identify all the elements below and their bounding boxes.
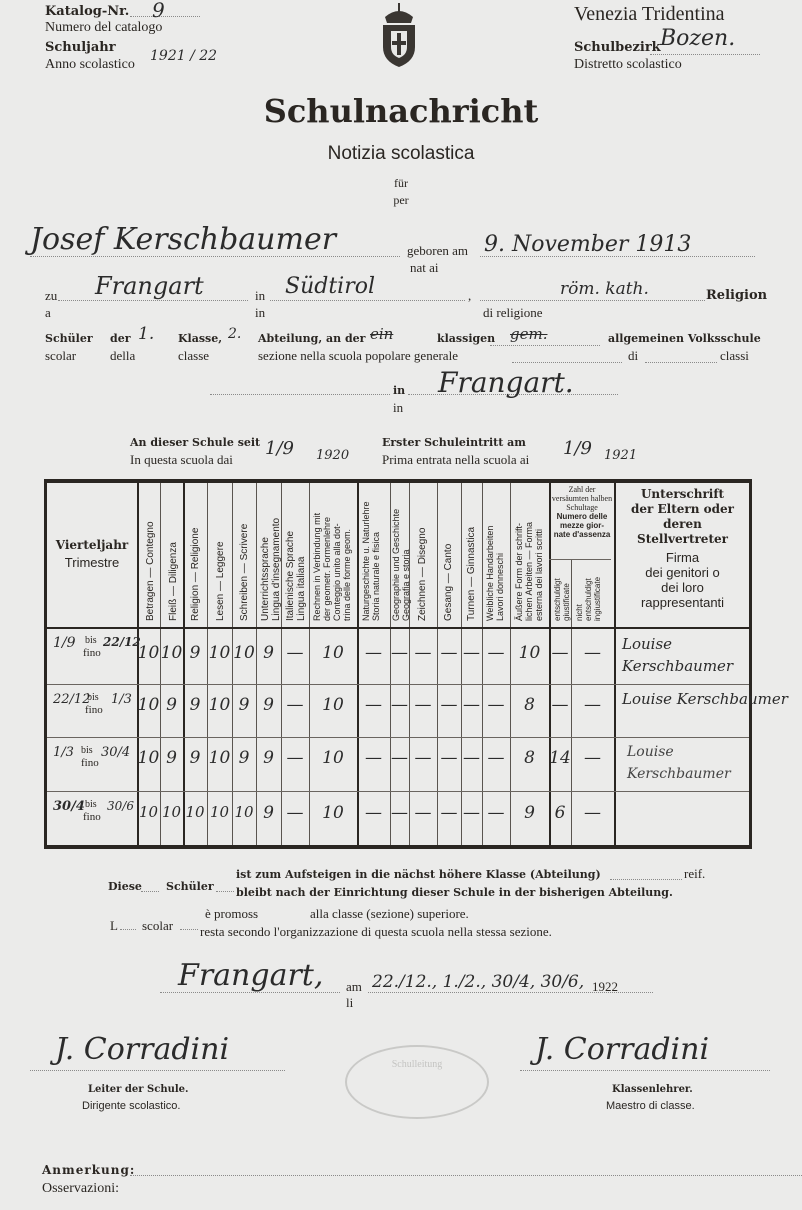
region-title: Venezia Tridentina xyxy=(574,3,725,26)
promotion-line1-it: alla classe (sezione) superiore. xyxy=(310,906,469,922)
term-to: 22/12 xyxy=(103,635,141,649)
remarks-field[interactable] xyxy=(130,1175,802,1176)
grade-cell: — xyxy=(437,643,461,663)
grade-cell: 10 xyxy=(137,803,160,821)
page-title-de: Schulnachricht xyxy=(0,92,802,130)
catalog-value: 9 xyxy=(152,0,165,22)
col-header-conduct: Betragen — Contegno xyxy=(145,521,156,621)
absence-unexcused-cell: — xyxy=(571,748,614,768)
grade-cell: 10 xyxy=(137,695,160,715)
head-signature-line xyxy=(30,1070,285,1071)
first-value: 1/9 xyxy=(563,438,592,459)
grade-cell: 10 xyxy=(160,643,183,663)
promotion-l: L xyxy=(110,918,118,934)
comma: , xyxy=(468,288,471,304)
school-stamp: Schulleitung xyxy=(345,1045,489,1119)
grade-cell: — xyxy=(482,643,510,663)
promotion-field-5 xyxy=(180,929,198,930)
grade-cell: 10 xyxy=(183,803,207,821)
grade-cell: 9 xyxy=(510,803,549,823)
der-de: der xyxy=(110,332,131,345)
grade-cell: — xyxy=(437,803,461,823)
col-header-natural-history: Naturgeschichte u. NaturlehreStoria natu… xyxy=(361,486,381,621)
term-header-de: Vierteljahr xyxy=(47,538,137,552)
grade-cell: 9 xyxy=(183,748,207,768)
grade-cell: — xyxy=(390,748,409,768)
born-label-it: nat ai xyxy=(410,260,439,276)
at-label-de: zu xyxy=(45,288,57,304)
pupil-de: Schüler xyxy=(45,332,93,345)
term-to: 30/4 xyxy=(101,745,130,760)
promotion-field-2 xyxy=(216,891,234,892)
grade-cell: 10 xyxy=(309,695,357,715)
signature-header-de-2: der Eltern oder xyxy=(616,502,749,517)
col-header-excused: entschuldigtgiustificate xyxy=(553,561,571,621)
location-in-de: in xyxy=(393,384,405,397)
grade-cell: 9 xyxy=(256,643,281,663)
place-value: Frangart, xyxy=(178,958,323,993)
am-label: am xyxy=(346,979,362,995)
for-de: für xyxy=(0,176,802,191)
signature-header: Unterschrift der Eltern oder deren Stell… xyxy=(616,487,749,610)
absence-unexcused-cell: — xyxy=(571,643,614,663)
grade-cell: — xyxy=(409,748,437,768)
grade-cell: — xyxy=(357,695,390,715)
remarks-label-it: Osservazioni: xyxy=(42,1181,119,1197)
student-name: Josef Kerschbaumer xyxy=(30,222,336,257)
row-divider xyxy=(549,559,611,560)
pupil-it: scolar xyxy=(45,348,76,364)
grade-cell: 10 xyxy=(207,643,232,663)
col-header-needlework: Weibliche HandarbeitenLavori donneschi xyxy=(485,486,505,621)
absence-header-it: Numero delle mezze gior- nate d'assenza xyxy=(551,512,613,539)
grade-cell: — xyxy=(281,643,309,663)
grade-cell: 10 xyxy=(309,803,357,823)
grade-cell: 10 xyxy=(232,643,256,663)
grade-cell: 8 xyxy=(510,748,549,768)
absence-header-de: Zahl der versäumten halben Schultage xyxy=(551,485,613,512)
grade-cell: 9 xyxy=(160,695,183,715)
grade-cell: 9 xyxy=(232,748,256,768)
signature-header-it-4: rappresentanti xyxy=(616,595,749,610)
di-it: di xyxy=(628,348,638,364)
birthplace-field xyxy=(58,300,248,301)
di-field-left xyxy=(512,362,622,363)
term-to: 30/6 xyxy=(107,799,134,813)
row-divider xyxy=(47,791,749,792)
grade-cell: 10 xyxy=(160,803,183,821)
col-header-religion: Religion — Religione xyxy=(190,528,201,621)
grade-cell: 9 xyxy=(183,643,207,663)
term-from: 30/4 xyxy=(53,799,85,814)
col-header-writing: Schreiben — Scrivere xyxy=(239,524,250,621)
school-de: allgemeinen Volksschule xyxy=(608,332,761,345)
grade-cell: — xyxy=(409,643,437,663)
year-label-de: Schuljahr xyxy=(45,40,116,55)
grade-cell: 10 xyxy=(309,748,357,768)
grade-cell: — xyxy=(409,695,437,715)
col-header-drawing: Zeichnen — Disegno xyxy=(417,528,428,621)
grade-cell: 9 xyxy=(160,748,183,768)
col-header-diligence: Fleiß — Diligenza xyxy=(168,542,179,621)
grade-cell: — xyxy=(357,748,390,768)
teacher-signature: J. Corradini xyxy=(535,1032,709,1067)
fino-label: fino xyxy=(83,811,101,823)
since-it: In questa scuola dai xyxy=(130,452,233,468)
grade-cell: 10 xyxy=(207,803,232,821)
catalog-label-it: Numero del catalogo xyxy=(45,20,162,36)
grade-cell: 8 xyxy=(510,695,549,715)
grade-cell: 9 xyxy=(256,748,281,768)
signature-header-it-2: dei genitori o xyxy=(616,565,749,580)
grades-de: klassigen xyxy=(437,332,495,345)
col-header-italian: Italienische SpracheLingua italiana xyxy=(285,491,307,621)
remarks-label-de: Anmerkung: xyxy=(42,1163,135,1177)
grade-cell: — xyxy=(281,695,309,715)
promotion-line2-de: bleibt nach der Einrichtung dieser Schul… xyxy=(236,886,673,899)
year-label-it: Anno scolastico xyxy=(45,57,135,73)
row-divider xyxy=(47,737,749,738)
col-header-unexcused: nichtentschuldigtingiustificate xyxy=(575,561,602,621)
section-it: sezione nella scuola popolare generale xyxy=(258,348,458,364)
head-title-de: Leiter der Schule. xyxy=(88,1084,189,1095)
signature-header-de-3: deren xyxy=(616,517,749,532)
table-row-term-3: 1/3 bis fino 30/4 xyxy=(47,739,137,791)
absence-excused-cell: — xyxy=(549,643,571,663)
in-label-it: in xyxy=(255,305,265,321)
grade-cell: 10 xyxy=(510,643,549,663)
teacher-title-it: Maestro di classe. xyxy=(606,1100,695,1112)
col-header-geography: Geographie und GeschichteGeografia e sto… xyxy=(391,486,411,621)
first-it: Prima entrata nella scuola ai xyxy=(382,452,529,468)
first-de: Erster Schuleintritt am xyxy=(382,436,526,449)
catalog-label-de: Katalog-Nr. xyxy=(45,4,129,19)
district-field xyxy=(650,54,760,55)
col-header-language: UnterrichtsspracheLingua d'insegnamento xyxy=(260,491,282,621)
della-it: della xyxy=(110,348,135,364)
term-to: 1/3 xyxy=(111,692,132,707)
grade-cell: — xyxy=(482,695,510,715)
grade-cell: — xyxy=(281,803,309,823)
grade-cell: 9 xyxy=(183,695,207,715)
li-label: li xyxy=(346,995,353,1011)
grade-cell: — xyxy=(461,695,482,715)
grade-cell: — xyxy=(482,748,510,768)
term-header-it: Trimestre xyxy=(47,555,137,570)
district-label-de: Schulbezirk xyxy=(574,40,661,55)
table-row-term-4: 30/4 bis fino 30/6 xyxy=(47,793,137,846)
religion-field xyxy=(480,300,705,301)
grade-cell: — xyxy=(390,695,409,715)
type-field xyxy=(490,345,600,346)
absence-unexcused-cell: — xyxy=(571,803,614,823)
absence-header: Zahl der versäumten halben Schultage Num… xyxy=(551,485,613,539)
first-year: 1921 xyxy=(604,448,637,463)
at-label-it: a xyxy=(45,305,51,321)
header-divider xyxy=(47,627,749,629)
grade-cell: — xyxy=(281,748,309,768)
since-year: 1920 xyxy=(316,448,349,463)
class-value: 1. xyxy=(138,324,154,344)
for-it: per xyxy=(0,193,802,208)
signature-header-de-1: Unterschrift xyxy=(616,487,749,502)
grade-cell: — xyxy=(390,643,409,663)
location-field-left xyxy=(210,394,390,395)
stamp-text: Schulleitung xyxy=(347,1059,487,1070)
absence-excused-cell: 6 xyxy=(549,803,571,823)
grade-cell: 10 xyxy=(137,643,160,663)
promotion-field-4 xyxy=(120,929,136,930)
type-value: gem. xyxy=(510,325,547,343)
fino-label: fino xyxy=(83,647,101,659)
grade-cell: 10 xyxy=(232,803,256,821)
grade-cell: 10 xyxy=(137,748,160,768)
grade-cell: — xyxy=(437,748,461,768)
fino-label: fino xyxy=(85,704,103,716)
promotion-line2-it: resta secondo l'organizzazione di questa… xyxy=(200,924,552,940)
parent-signature: Louise Kerschbaumer xyxy=(622,633,772,677)
region-field xyxy=(270,300,465,301)
term-from: 1/9 xyxy=(53,635,76,651)
grade-cell: 9 xyxy=(256,803,281,823)
religion-label-it: di religione xyxy=(483,305,543,321)
promotion-reif: reif. xyxy=(684,866,705,882)
col-header-reading: Lesen — Leggere xyxy=(215,541,226,621)
grade-cell: — xyxy=(409,803,437,823)
promotion-diese: Diese xyxy=(108,880,142,893)
col-header-singing: Gesang — Canto xyxy=(443,544,454,621)
absence-excused-cell: — xyxy=(549,695,571,715)
date-year: 1922 xyxy=(592,979,618,995)
birthplace: Frangart xyxy=(95,272,204,300)
parent-signature: Louise Kerschbaumer xyxy=(622,687,792,711)
signature-header-de-4: Stellvertreter xyxy=(616,532,749,547)
fino-label: fino xyxy=(81,757,99,769)
date-value: 22./12., 1./2., 30/4, 30/6, xyxy=(372,972,584,992)
since-de: An dieser Schule seit xyxy=(130,436,260,449)
grade-cell: 9 xyxy=(256,695,281,715)
religion-label-de: Religion xyxy=(706,288,767,303)
teacher-signature-line xyxy=(520,1070,770,1071)
col-header-gymnastics: Turnen — Ginnastica xyxy=(466,527,477,621)
grade-cell: 10 xyxy=(207,695,232,715)
class-it: classe xyxy=(178,348,209,364)
section-value: 2. xyxy=(228,326,241,342)
grade-cell: — xyxy=(357,803,390,823)
bis-label: bis xyxy=(81,745,93,756)
class-de: Klasse, xyxy=(178,332,222,345)
absence-unexcused-cell: — xyxy=(571,695,614,715)
di-field-right xyxy=(645,362,717,363)
teacher-title-de: Klassenlehrer. xyxy=(612,1084,693,1095)
district-label-it: Distretto scolastico xyxy=(574,57,682,73)
district-value: Bozen. xyxy=(660,26,735,51)
col-header-arithmetic: Rechnen in Verbindung mitder geometr. Fo… xyxy=(312,486,352,621)
catalog-field xyxy=(130,16,200,17)
grade-cell: — xyxy=(390,803,409,823)
grade-cell: — xyxy=(357,643,390,663)
bis-label: bis xyxy=(85,635,97,646)
grade-cell: — xyxy=(461,748,482,768)
page-title-it: Notizia scolastica xyxy=(0,143,802,165)
year-value: 1921 / 22 xyxy=(150,48,217,64)
section-de: Abteilung, an der xyxy=(258,332,365,345)
grade-cell: — xyxy=(482,803,510,823)
table-row-term-2: 22/12 bis fino 1/3 xyxy=(47,686,137,737)
col-header-written-form: Äußere Form der schrift-lichen Arbeiten … xyxy=(514,486,544,621)
location-in-it: in xyxy=(393,400,403,416)
promotion-field-3 xyxy=(610,879,682,880)
student-region: Südtirol xyxy=(285,274,375,299)
royal-crest-icon xyxy=(375,3,423,69)
absence-excused-cell: 14 xyxy=(549,748,571,768)
religion-value: röm. kath. xyxy=(560,279,649,299)
promotion-promoss: è promoss xyxy=(205,906,258,922)
table-row-term-1: 1/9 bis fino 22/12 xyxy=(47,629,137,684)
term-from: 1/3 xyxy=(53,745,74,760)
in-label-de: in xyxy=(255,288,265,304)
grade-cell: 10 xyxy=(309,643,357,663)
grade-cell: — xyxy=(461,643,482,663)
promotion-field-1 xyxy=(141,891,159,892)
grade-cell: 10 xyxy=(207,748,232,768)
bis-label: bis xyxy=(87,692,99,703)
head-signature: J. Corradini xyxy=(55,1032,229,1067)
parent-signature: Louise Kerschbaumer xyxy=(627,741,777,785)
grade-cell: — xyxy=(437,695,461,715)
signature-header-it-3: dei loro xyxy=(616,580,749,595)
grades-value: ein xyxy=(370,325,393,343)
signature-header-it-1: Firma xyxy=(616,550,749,565)
born-label-de: geboren am xyxy=(407,243,468,259)
since-value: 1/9 xyxy=(265,438,294,459)
birth-date: 9. November 1913 xyxy=(484,232,691,257)
grade-cell: 9 xyxy=(232,695,256,715)
location-value: Frangart. xyxy=(438,366,574,399)
promotion-line1-de: ist zum Aufsteigen in die nächst höhere … xyxy=(236,868,601,881)
promotion-schueler: Schüler xyxy=(166,880,214,893)
head-title-it: Dirigente scolastico. xyxy=(82,1100,180,1112)
bis-label: bis xyxy=(85,799,97,810)
grade-cell: — xyxy=(461,803,482,823)
row-divider xyxy=(47,684,749,685)
classi-it: classi xyxy=(720,348,749,364)
grades-table: Vierteljahr Trimestre Betragen — Contegn… xyxy=(44,479,752,849)
promotion-scolar: scolar xyxy=(142,918,173,934)
